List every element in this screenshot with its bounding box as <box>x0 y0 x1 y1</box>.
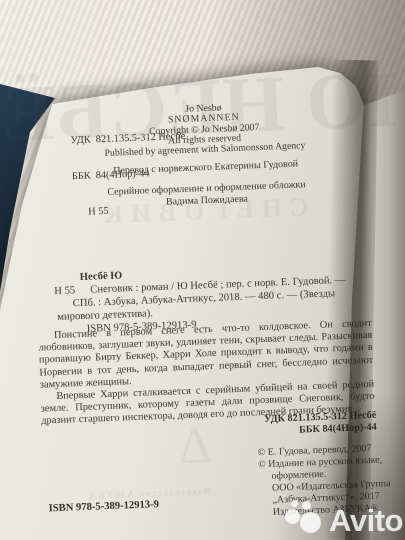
avito-wordmark: Avito <box>329 506 403 536</box>
avito-logo-icon <box>285 500 325 536</box>
avito-watermark: Avito <box>285 500 403 536</box>
showthrough-publisher-logo-icon: Δ <box>177 416 213 476</box>
isbn-bottom: ISBN 978-5-389-12913-9 <box>48 499 159 514</box>
book-photo: Ю НЕСБЁ СНЕГОВИК Δ Издательство АЗБУКА У… <box>0 0 405 540</box>
card-code: Н 55 <box>54 284 75 298</box>
